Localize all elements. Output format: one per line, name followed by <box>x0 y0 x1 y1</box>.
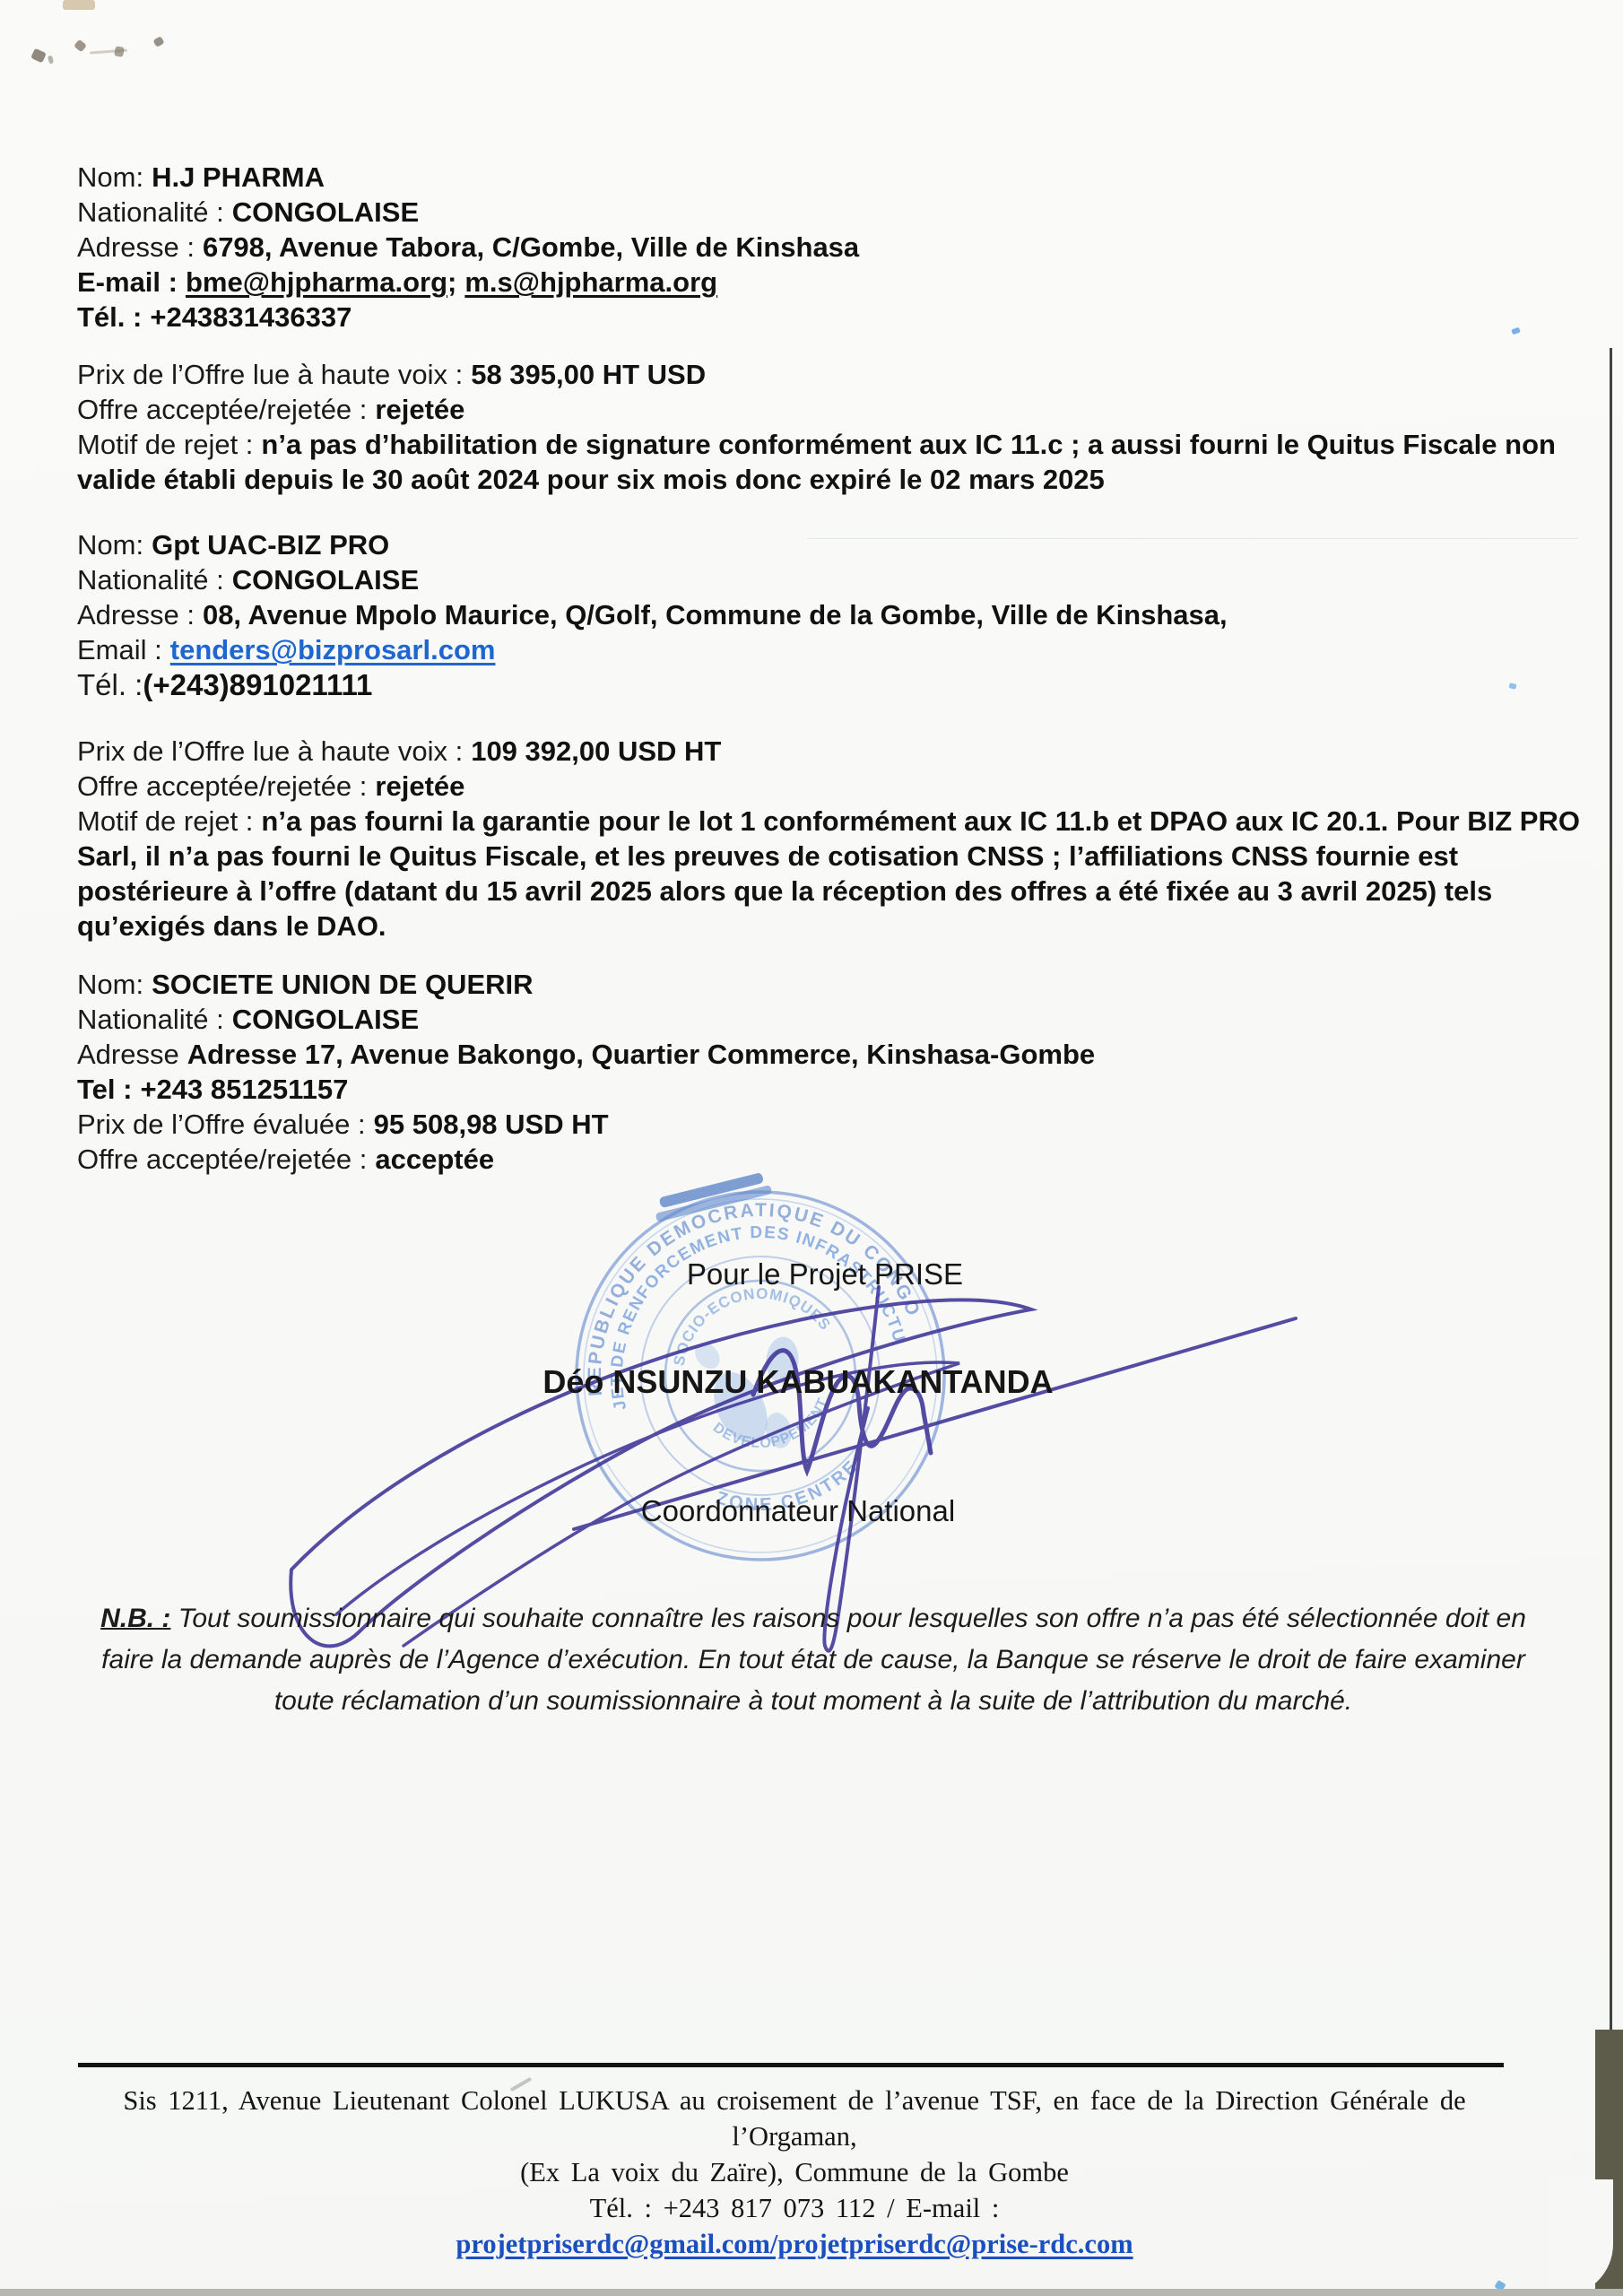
offer1-motif-value: n’a pas d’habilitation de signature conf… <box>77 429 1556 495</box>
company3-adr-label: Adresse <box>77 1039 179 1070</box>
company3-prix-line: Prix de l’Offre évaluée :95 508,98 USD H… <box>77 1107 1594 1142</box>
signatory-title: Coordonnateur National <box>574 1494 1022 1528</box>
company1-nat-line: Nationalité :CONGOLAISE <box>77 195 1594 230</box>
offer2-statut-line: Offre acceptée/rejetée :rejetée <box>77 769 1594 804</box>
company2-nat-label: Nationalité : <box>77 564 224 596</box>
signatory-title-text: Coordonnateur National <box>641 1494 955 1527</box>
company2-nom-label: Nom: <box>77 529 143 561</box>
footer-line1-text: Sis 1211, Avenue Lieutenant Colonel LUKU… <box>123 2085 1465 2152</box>
scan-smudge <box>74 39 87 53</box>
company1-email2: m.s@hjpharma.org <box>464 266 717 298</box>
footer-line1: Sis 1211, Avenue Lieutenant Colonel LUKU… <box>77 2083 1512 2154</box>
scan-smudge <box>30 48 47 64</box>
footer-line3: Tél. : +243 817 073 112 / E-mail : <box>77 2190 1512 2226</box>
company2-email-link: tenders@bizprosarl.com <box>170 634 496 665</box>
company2-adr-line: Adresse :08, Avenue Mpolo Maurice, Q/Gol… <box>77 597 1594 632</box>
company3-nat-label: Nationalité : <box>77 1004 224 1035</box>
offer2-prix-label: Prix de l’Offre lue à haute voix : <box>77 735 463 767</box>
nb-label: N.B. : <box>100 1604 170 1633</box>
company2-nat-line: Nationalité :CONGOLAISE <box>77 562 1594 597</box>
company3-nom-value: SOCIETE UNION DE QUERIR <box>152 969 533 1000</box>
footer-tel-text: Tél. : +243 817 073 112 / E-mail : <box>590 2193 1000 2223</box>
scan-smudge <box>63 0 95 10</box>
company2-block: Nom:Gpt UAC-BIZ PRO Nationalité :CONGOLA… <box>77 527 1594 702</box>
scan-bottom-edge <box>0 2289 1623 2296</box>
nb-text: Tout soumissionnaire qui souhaite connaî… <box>101 1604 1526 1716</box>
company2-email-line: Email :tenders@bizprosarl.com <box>77 632 1594 667</box>
scan-smudge <box>48 56 54 65</box>
company1-tel-value: +243831436337 <box>150 301 352 333</box>
company1-adr-label: Adresse : <box>77 231 195 263</box>
offer1-motif-label: Motif de rejet : <box>77 429 253 460</box>
footer-emails-line: projetpriserdc@gmail.com/projetpriserdc@… <box>77 2226 1512 2262</box>
company1-adr-line: Adresse :6798, Avenue Tabora, C/Gombe, V… <box>77 230 1594 265</box>
company2-nat-value: CONGOLAISE <box>232 564 419 596</box>
offer1-prix-line: Prix de l’Offre lue à haute voix :58 395… <box>77 357 1594 392</box>
footer-divider-rule <box>78 2063 1504 2067</box>
company1-block: Nom:H.J PHARMA Nationalité :CONGOLAISE A… <box>77 160 1594 335</box>
company3-prix-value: 95 508,98 USD HT <box>374 1109 609 1140</box>
company1-nom-value: H.J PHARMA <box>152 161 325 193</box>
company2-tel-line: Tél. :(+243)891021111 <box>77 667 1594 702</box>
company3-adr-value: Adresse 17, Avenue Bakongo, Quartier Com… <box>187 1039 1095 1070</box>
offer1-statut-label: Offre acceptée/rejetée : <box>77 394 367 425</box>
company2-email-label: Email : <box>77 634 162 665</box>
company1-email-label: E-mail : <box>77 266 178 298</box>
scan-smudge <box>152 36 164 48</box>
company2-adr-value: 08, Avenue Mpolo Maurice, Q/Golf, Commun… <box>203 599 1228 631</box>
company2-nom-line: Nom:Gpt UAC-BIZ PRO <box>77 527 1594 562</box>
offer1-statut-line: Offre acceptée/rejetée :rejetée <box>77 392 1594 427</box>
signature-for-line: Pour le Projet PRISE <box>574 1257 1076 1291</box>
company3-tel-value: +243 851251157 <box>140 1074 348 1105</box>
offer1-prix-label: Prix de l’Offre lue à haute voix : <box>77 359 463 390</box>
company1-adr-value: 6798, Avenue Tabora, C/Gombe, Ville de K… <box>203 231 859 263</box>
nb-note: N.B. : Tout soumissionnaire qui souhaite… <box>82 1598 1544 1722</box>
company3-statut-line: Offre acceptée/rejetée :acceptée <box>77 1142 1594 1177</box>
company2-adr-label: Adresse : <box>77 599 195 631</box>
company1-email-line: E-mail :bme@hjpharma.org;m.s@hjpharma.or… <box>77 265 1594 300</box>
signatory-name: Déo NSUNZU KABUAKANTANDA <box>484 1363 1112 1401</box>
company1-tel-label: Tél. : <box>77 301 142 333</box>
company3-nom-label: Nom: <box>77 969 143 1000</box>
offer1-prix-value: 58 395,00 HT USD <box>471 359 706 390</box>
scanned-document-page: Nom:H.J PHARMA Nationalité :CONGOLAISE A… <box>0 0 1623 2296</box>
scan-smudge <box>114 46 125 57</box>
company3-prix-label: Prix de l’Offre évaluée : <box>77 1109 366 1140</box>
offer2-prix-line: Prix de l’Offre lue à haute voix :109 39… <box>77 734 1594 769</box>
footer-address-block: Sis 1211, Avenue Lieutenant Colonel LUKU… <box>77 2083 1512 2262</box>
company2-nom-value: Gpt UAC-BIZ PRO <box>152 529 389 561</box>
company3-adr-line: AdresseAdresse 17, Avenue Bakongo, Quart… <box>77 1037 1594 1072</box>
offer2-statut-value: rejetée <box>375 770 464 802</box>
footer-line2-text: (Ex La voix du Zaïre), Commune de la Gom… <box>520 2157 1069 2187</box>
offer2-motif-value: n’a pas fourni la garantie pour le lot 1… <box>77 805 1580 942</box>
company1-email1: bme@hjpharma.org <box>186 266 447 298</box>
offer2-statut-label: Offre acceptée/rejetée : <box>77 770 367 802</box>
company3-nom-line: Nom:SOCIETE UNION DE QUERIR <box>77 967 1594 1002</box>
company1-tel-line: Tél. :+243831436337 <box>77 300 1594 335</box>
company3-tel-label: Tel : <box>77 1074 132 1105</box>
footer-emails-link: projetpriserdc@gmail.com/projetpriserdc@… <box>456 2229 1133 2259</box>
company1-nom-label: Nom: <box>77 161 143 193</box>
offer2-prix-value: 109 392,00 USD HT <box>471 735 721 767</box>
company1-email-separator: ; <box>447 266 456 298</box>
company1-nom-line: Nom:H.J PHARMA <box>77 160 1594 195</box>
company3-nat-value: CONGOLAISE <box>232 1004 419 1035</box>
footer-line2: (Ex La voix du Zaïre), Commune de la Gom… <box>77 2154 1512 2190</box>
company3-tel-line: Tel :+243 851251157 <box>77 1072 1594 1107</box>
offer1-block: Prix de l’Offre lue à haute voix :58 395… <box>77 357 1594 497</box>
offer2-block: Prix de l’Offre lue à haute voix :109 39… <box>77 734 1594 944</box>
company1-nat-value: CONGOLAISE <box>232 196 419 228</box>
signature-for-text: Pour le Projet PRISE <box>687 1257 963 1291</box>
company3-statut-value: acceptée <box>375 1144 494 1175</box>
offer1-motif-line: Motif de rejet :n’a pas d’habilitation d… <box>77 427 1594 497</box>
offer2-motif-line: Motif de rejet :n’a pas fourni la garant… <box>77 804 1594 944</box>
offer2-motif-label: Motif de rejet : <box>77 805 253 837</box>
company3-statut-label: Offre acceptée/rejetée : <box>77 1144 367 1175</box>
offer1-statut-value: rejetée <box>375 394 464 425</box>
signatory-name-text: Déo NSUNZU KABUAKANTANDA <box>542 1363 1053 1400</box>
company1-nat-label: Nationalité : <box>77 196 224 228</box>
company3-block: Nom:SOCIETE UNION DE QUERIR Nationalité … <box>77 967 1594 1177</box>
company2-tel-value: (+243)891021111 <box>143 668 372 701</box>
scan-edge-line <box>1610 348 1612 2048</box>
company3-nat-line: Nationalité :CONGOLAISE <box>77 1002 1594 1037</box>
company2-tel-label: Tél. : <box>77 668 143 701</box>
